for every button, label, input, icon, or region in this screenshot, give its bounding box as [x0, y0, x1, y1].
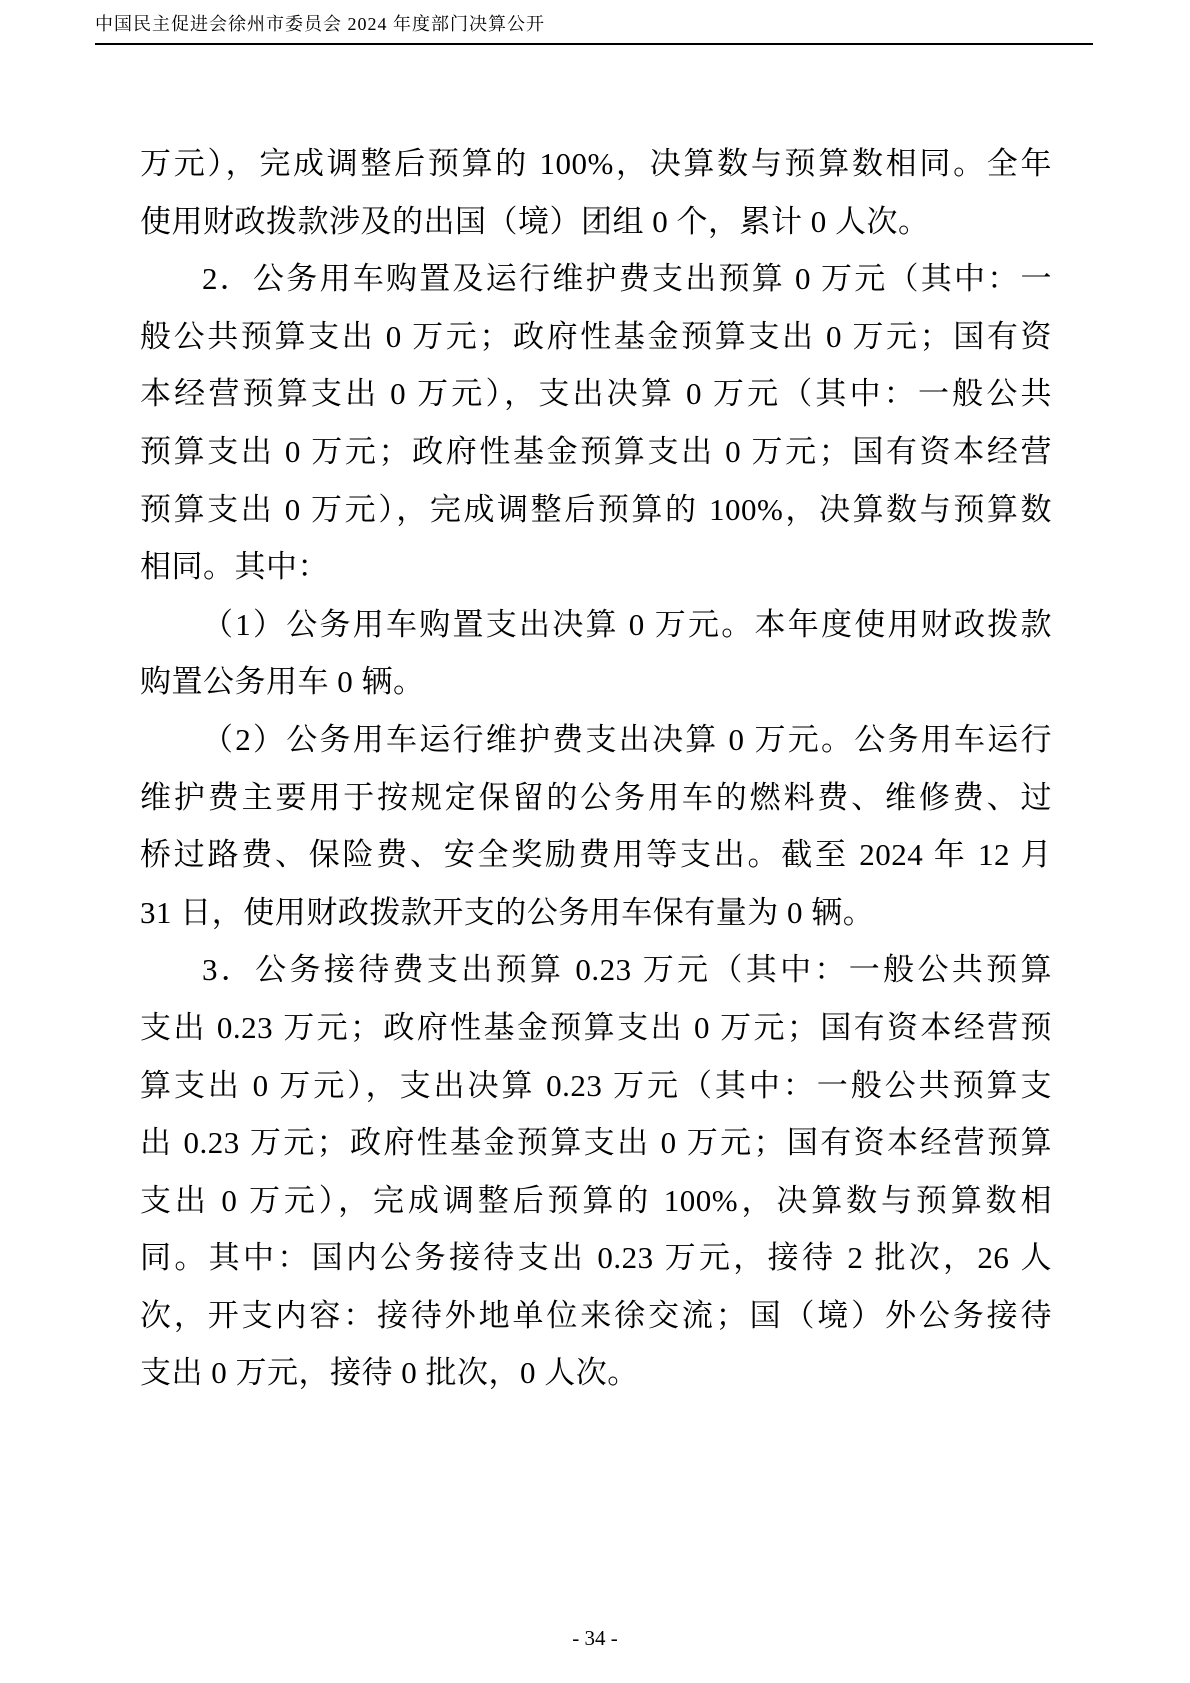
- body-line: 本经营预算支出 0 万元），支出决算 0 万元（其中：一般公共: [140, 365, 1052, 423]
- body-line: 购置公务用车 0 辆。: [140, 653, 1052, 711]
- body-line: 出 0.23 万元；政府性基金预算支出 0 万元；国有资本经营预算: [140, 1114, 1052, 1172]
- body-line: 同。其中：国内公务接待支出 0.23 万元，接待 2 批次，26 人: [140, 1229, 1052, 1287]
- body-line: 桥过路费、保险费、安全奖励费用等支出。截至 2024 年 12 月: [140, 826, 1052, 884]
- body-line: 3．公务接待费支出预算 0.23 万元（其中：一般公共预算: [140, 941, 1052, 999]
- body-line: 使用财政拨款涉及的出国（境）团组 0 个，累计 0 人次。: [140, 193, 1052, 251]
- page-footer: - 34 -: [0, 1624, 1190, 1652]
- body-line: 31 日，使用财政拨款开支的公务用车保有量为 0 辆。: [140, 884, 1052, 942]
- body-line: 万元），完成调整后预算的 100%，决算数与预算数相同。全年: [140, 135, 1052, 193]
- body-line: 预算支出 0 万元），完成调整后预算的 100%，决算数与预算数: [140, 481, 1052, 539]
- body-line: 次，开支内容：接待外地单位来徐交流；国（境）外公务接待: [140, 1287, 1052, 1345]
- body-line: 支出 0 万元），完成调整后预算的 100%，决算数与预算数相: [140, 1172, 1052, 1230]
- body-line: 算支出 0 万元），支出决算 0.23 万元（其中：一般公共预算支: [140, 1057, 1052, 1115]
- body-line: 般公共预算支出 0 万元；政府性基金预算支出 0 万元；国有资: [140, 308, 1052, 366]
- document-page: 中国民主促进会徐州市委员会 2024 年度部门决算公开 万元），完成调整后预算的…: [0, 0, 1190, 1683]
- page-number: - 34 -: [572, 1626, 618, 1650]
- body-line: 相同。其中：: [140, 538, 1052, 596]
- page-header: 中国民主促进会徐州市委员会 2024 年度部门决算公开: [95, 12, 1093, 45]
- body-line: 支出 0.23 万元；政府性基金预算支出 0 万元；国有资本经营预: [140, 999, 1052, 1057]
- body-line: （1）公务用车购置支出决算 0 万元。本年度使用财政拨款: [140, 596, 1052, 654]
- document-body: 万元），完成调整后预算的 100%，决算数与预算数相同。全年 使用财政拨款涉及的…: [140, 135, 1052, 1402]
- body-line: 2．公务用车购置及运行维护费支出预算 0 万元（其中：一: [140, 250, 1052, 308]
- body-line: 预算支出 0 万元；政府性基金预算支出 0 万元；国有资本经营: [140, 423, 1052, 481]
- body-line: 支出 0 万元，接待 0 批次，0 人次。: [140, 1344, 1052, 1402]
- body-line: （2）公务用车运行维护费支出决算 0 万元。公务用车运行: [140, 711, 1052, 769]
- body-line: 维护费主要用于按规定保留的公务用车的燃料费、维修费、过: [140, 769, 1052, 827]
- header-title: 中国民主促进会徐州市委员会 2024 年度部门决算公开: [95, 12, 1093, 36]
